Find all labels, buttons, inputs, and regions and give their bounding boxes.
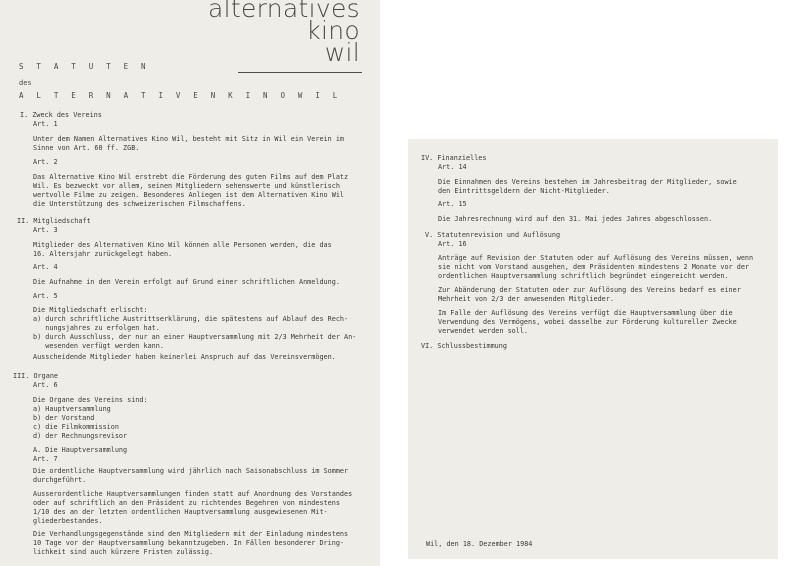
article-text: Die Aufnahme in den Verein erfolgt auf G… — [33, 278, 340, 287]
article-text: Die Einnahmen des Vereins bestehen im Ja… — [438, 178, 737, 196]
article-label: Art. 7 — [33, 455, 58, 464]
document-title: S T A T U T E N — [19, 62, 150, 71]
section-title: V. Statutenrevision und Auflösung — [425, 231, 560, 240]
article-text: Die Mitgliedschaft erlischt: a) durch sc… — [33, 306, 356, 351]
article-label: Art. 5 — [33, 292, 58, 301]
article-text: Das Alternative Kino Wil erstrebt die Fö… — [33, 173, 348, 209]
document-page-right: IV. Finanzielles Art. 14 Die Einnahmen d… — [408, 139, 778, 559]
article-label: Art. 15 — [438, 200, 467, 209]
article-label: Art. 2 — [33, 158, 58, 167]
section-title: I. Zweck des Vereins — [20, 111, 102, 120]
article-label: Art. 14 — [438, 163, 467, 172]
article-text: Die Jahresrechnung wird auf den 31. Mai … — [438, 215, 712, 224]
document-title-connector: des — [19, 79, 32, 87]
article-label: Art. 6 — [33, 381, 58, 390]
logo-underline — [238, 72, 362, 73]
document-page-left: alternatives kino wil S T A T U T E N de… — [0, 0, 380, 566]
section-title: II. Mitgliedschaft — [17, 217, 91, 226]
article-text: Im Falle der Auflösung des Vereins verfü… — [438, 309, 737, 336]
article-text: Die Organe des Vereins sind: a) Hauptver… — [33, 396, 148, 441]
section-title: VI. Schlussbestimmung — [421, 342, 507, 351]
article-text: Anträge auf Revision der Statuten oder a… — [438, 254, 753, 281]
logo-line-3: wil — [208, 42, 360, 64]
article-text: Ausscheidende Mitglieder haben keinerlei… — [33, 353, 336, 362]
article-text: Mitglieder des Alternativen Kino Wil kön… — [33, 241, 332, 259]
article-text: Unter dem Namen Alternatives Kino Wil, b… — [33, 135, 344, 153]
article-text: Die Verhandlungsgegenstände sind den Mit… — [33, 530, 348, 557]
article-text: Die ordentliche Hauptversammlung wird jä… — [33, 467, 348, 485]
section-title: III. Organe — [13, 372, 58, 381]
article-text: Ausserordentliche Hauptversammlungen fin… — [33, 490, 352, 526]
article-text: Zur Abänderung der Statuten oder zur Auf… — [438, 286, 741, 304]
signature-date: Wil, den 18. Dezember 1984 — [426, 540, 532, 549]
document-title-name: A L T E R N A T I V E N K I N O W I L — [19, 91, 341, 100]
subsection-title: A. Die Hauptversammlung — [33, 446, 127, 455]
logo: alternatives kino wil — [208, 0, 360, 64]
article-label: Art. 3 — [33, 226, 58, 235]
article-label: Art. 1 — [33, 120, 58, 129]
article-label: Art. 4 — [33, 263, 58, 272]
section-title: IV. Finanzielles — [421, 154, 486, 163]
article-label: Art. 16 — [438, 240, 467, 249]
